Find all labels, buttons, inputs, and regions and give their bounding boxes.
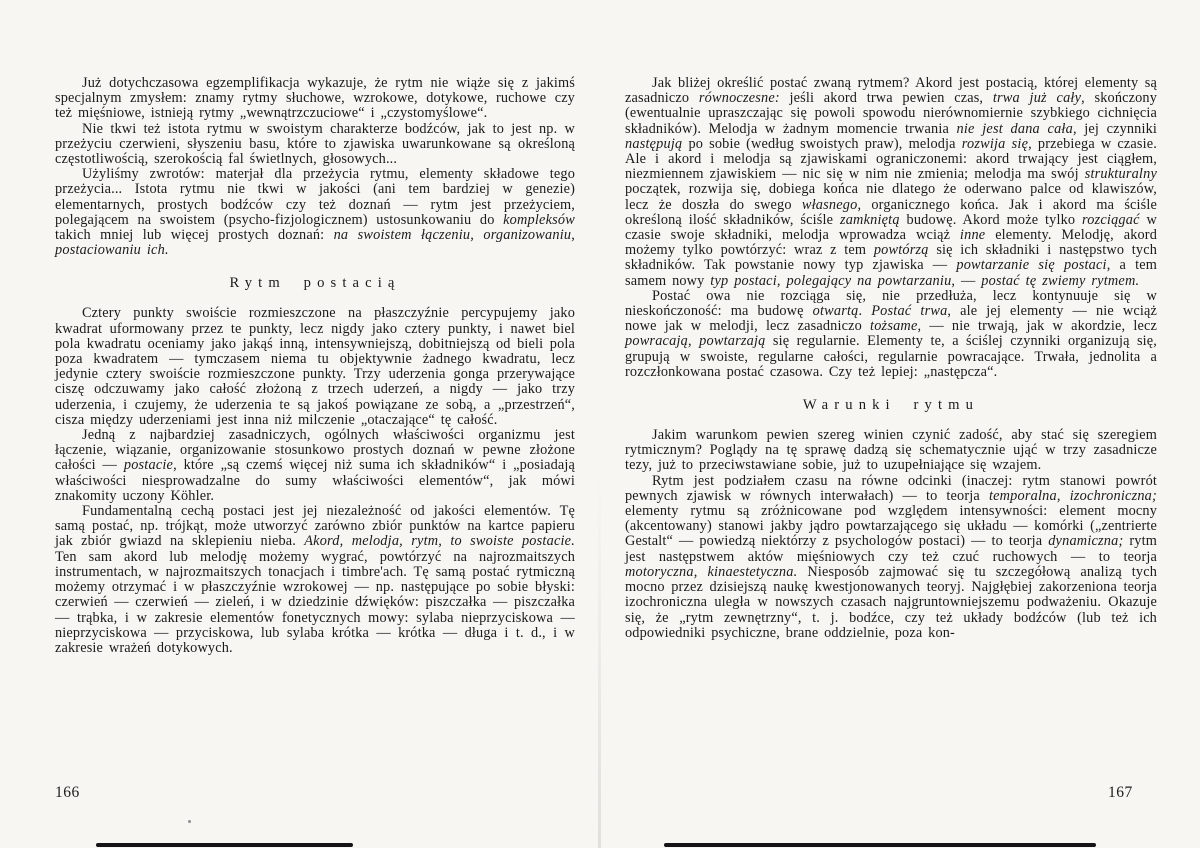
scan-artifact-bar-left	[96, 843, 353, 847]
paragraph: Jakim warunkom pewien szereg winien czyn…	[625, 428, 1157, 474]
page-number-left: 166	[55, 784, 80, 802]
page-number-right: 167	[1108, 784, 1133, 802]
scan-speck	[188, 820, 191, 823]
paragraph: Już dotychczasowa egzemplifikacja wykazu…	[55, 76, 575, 122]
book-scan-spread: Już dotychczasowa egzemplifikacja wykazu…	[0, 0, 1200, 848]
paragraph: Użyliśmy zwrotów: materjał dla przeżycia…	[55, 167, 575, 258]
paragraph: Postać owa nie rozciąga się, nie przedłu…	[625, 289, 1157, 380]
paragraph: Fundamentalną cechą postaci jest jej nie…	[55, 504, 575, 656]
page-right-text-column: Jak bliżej określić postać zwaną rytmem?…	[625, 76, 1157, 641]
page-left-text-column: Już dotychczasowa egzemplifikacja wykazu…	[55, 76, 575, 656]
paragraph: Nie tkwi też istota rytmu w swoistym cha…	[55, 122, 575, 168]
paragraph: Jak bliżej określić postać zwaną rytmem?…	[625, 76, 1157, 289]
paragraph: Cztery punkty swoiście rozmieszczone na …	[55, 306, 575, 428]
section-heading: Warunki rytmu	[625, 397, 1157, 414]
paragraph: Jedną z najbardziej zasadniczych, ogólny…	[55, 428, 575, 504]
section-heading: Rytm postacią	[55, 275, 575, 292]
page-left: Już dotychczasowa egzemplifikacja wykazu…	[55, 76, 575, 656]
page-right: Jak bliżej określić postać zwaną rytmem?…	[625, 76, 1157, 641]
paragraph: Rytm jest podziałem czasu na równe odcin…	[625, 474, 1157, 641]
book-gutter-shadow	[598, 470, 601, 848]
scan-artifact-bar-right	[664, 843, 1096, 847]
